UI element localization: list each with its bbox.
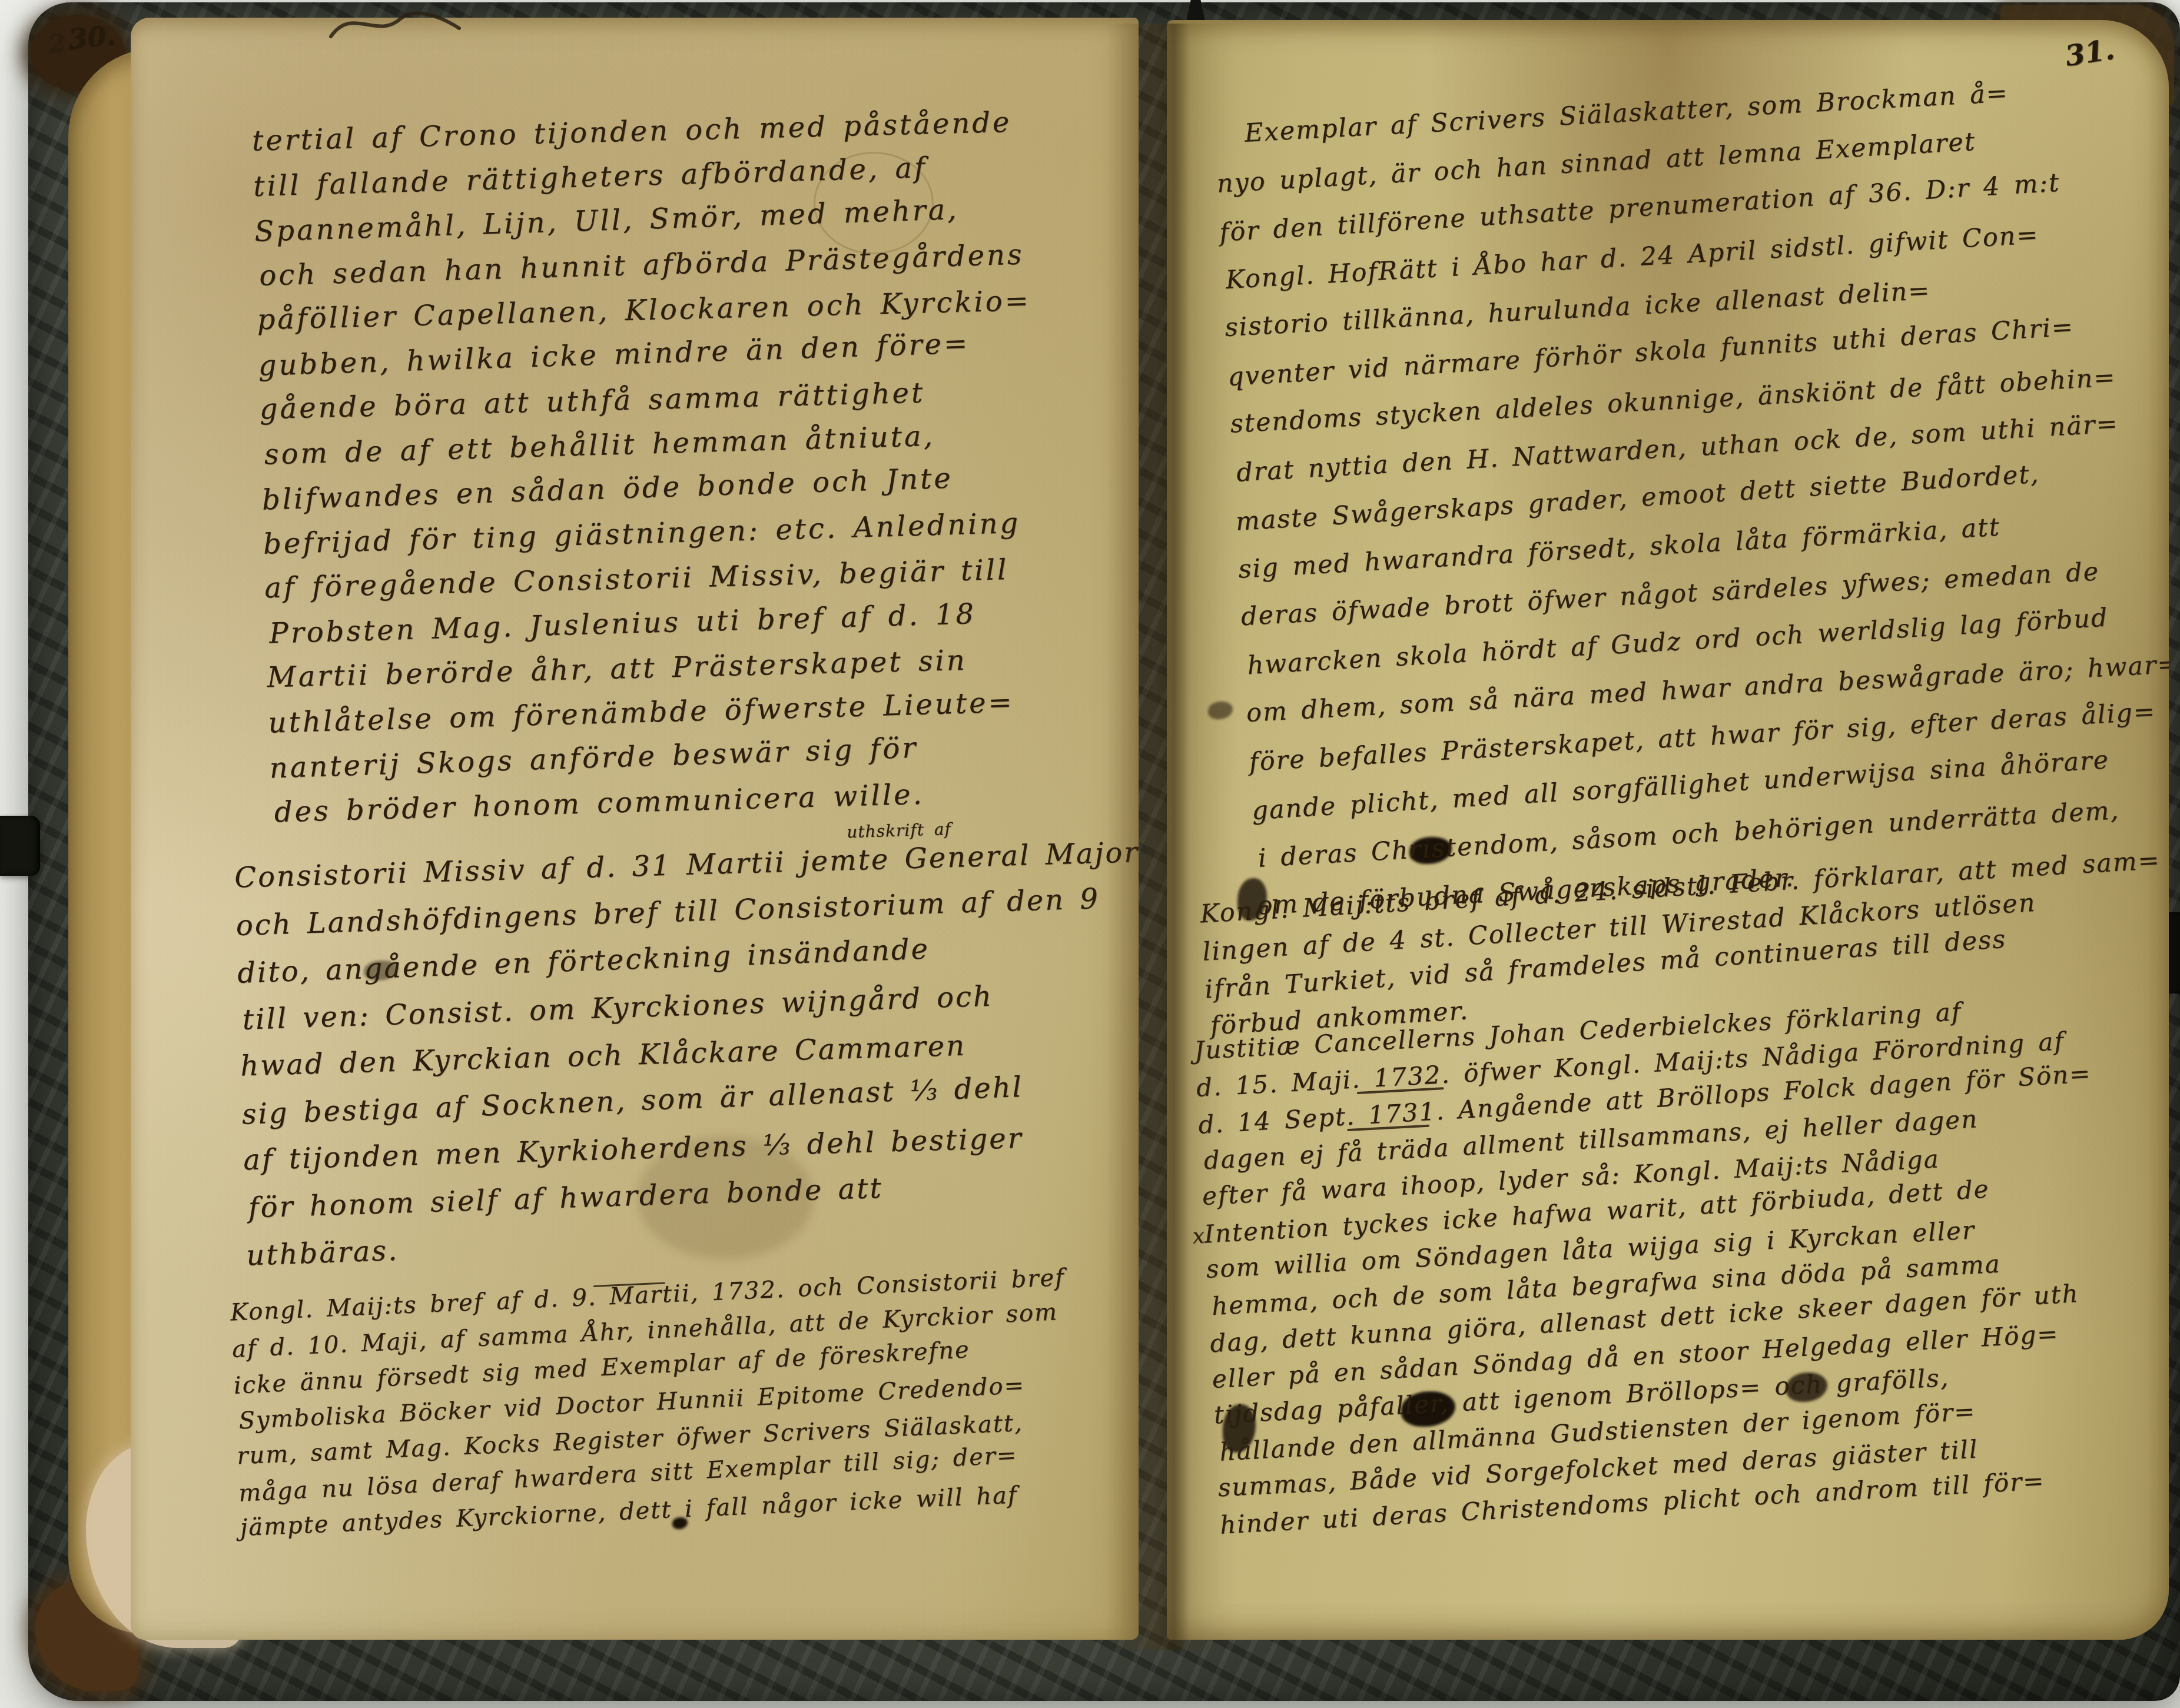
page-number-left: 30. [67, 19, 117, 55]
right-paragraph-3: x Justitiæ Cancellerns Johan Cederbielck… [1193, 982, 2168, 1544]
pen-flourish-icon [327, 4, 463, 46]
left-paragraph-1: tertial af Crono tijonden och med påståe… [251, 95, 1139, 835]
book-clasp-left [0, 816, 40, 876]
left-page: tertial af Crono tijonden och med påståe… [131, 18, 1139, 1640]
left-paragraph-2: uthskrift af Consistorii Missiv af d. 31… [234, 827, 1139, 1279]
ink-smudge [1208, 702, 1233, 719]
manuscript-photo: tertial af Crono tijonden och med påståe… [0, 0, 2180, 1708]
right-page: Exemplar af Scrivers Siälaskatter, som B… [1167, 20, 2169, 1640]
right-paragraph-1: Exemplar af Scrivers Siälaskatter, som B… [1213, 60, 2169, 931]
left-paragraph-3: Kongl. Maij:ts bref af d. 9. Martii, 173… [230, 1254, 1139, 1547]
